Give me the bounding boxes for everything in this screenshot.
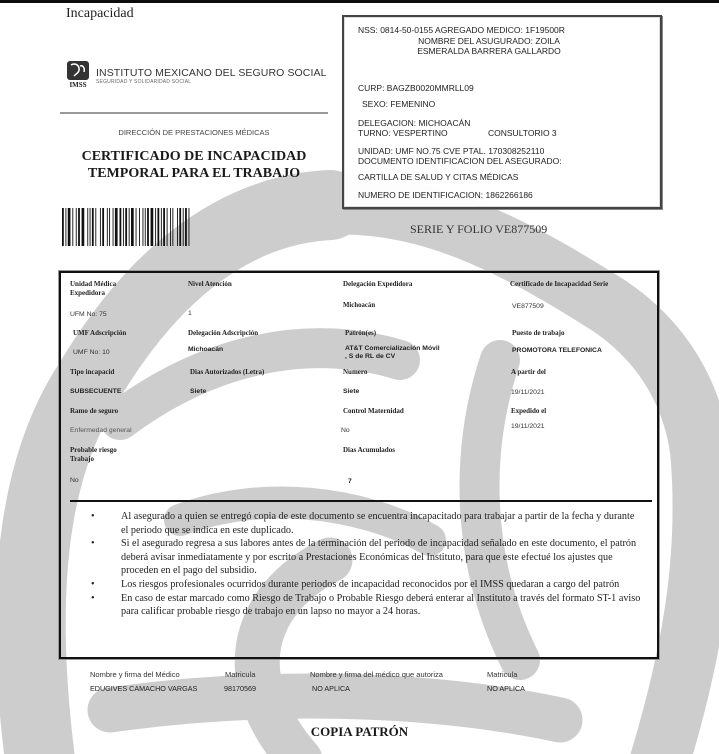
certificate-title-line2: TEMPORAL PARA EL TRABAJO	[60, 165, 328, 182]
tipo-incapacidad-value: SUBSECUENTE	[70, 388, 121, 396]
svg-text:IMSS: IMSS	[69, 81, 86, 88]
copia-patron-label: COPIA PATRÓN	[0, 724, 719, 740]
matricula1-label: Matricula	[225, 670, 255, 679]
delegacion-expedidora-value: Michoacán	[343, 302, 375, 310]
sexo: SEXO: FEMENINO	[362, 99, 435, 109]
expedido-value: 19/11/2021	[511, 423, 545, 431]
note-item: Si el asegurado regresa a sus labores an…	[83, 537, 643, 578]
delegacion-expedidora-label: Delegación Expedidora	[343, 280, 412, 289]
dias-letra-value: Siete	[190, 388, 206, 396]
barcode-icon	[62, 208, 247, 246]
note-item: Al asegurado a quien se entregó copia de…	[83, 510, 643, 537]
grid-divider	[70, 500, 652, 502]
turno: TURNO: VESPERTINO	[358, 128, 448, 138]
direccion-label: DIRECCIÓN DE PRESTACIONES MÉDICAS	[60, 128, 328, 137]
note-item: En caso de estar marcado como Riesgo de …	[83, 592, 643, 619]
ramo-seguro-value: Enfermedad general	[70, 427, 132, 435]
medico-value: EDUGIVES CAMACHO VARGAS	[90, 684, 197, 693]
control-maternidad-value: No	[341, 427, 350, 435]
consultorio: CONSULTORIO 3	[488, 128, 557, 138]
delegacion-adscripcion-label: Delegación Adscripción	[188, 329, 258, 338]
matricula1-value: 98170569	[224, 684, 256, 693]
dias-acumulados-label: Dias Acumulados	[343, 446, 395, 455]
umf-adscripcion-label: UMF Adscripción	[73, 329, 126, 338]
nivel-atencion-value: 1	[188, 310, 192, 318]
riesgo-trabajo-value: No	[70, 477, 79, 485]
cert-serie-label: Certificado de Incapacidad Serie	[510, 280, 608, 289]
nss-line: NSS: 0814-50-0155 AGREGADO MEDICO: 1F195…	[358, 25, 565, 35]
note-item: Los riesgos profesionales ocurridos dura…	[83, 578, 643, 592]
patron-value-line1: AT&T Comercialización Móvil	[345, 345, 440, 353]
curp: CURP: BAGZB0020MMRLL09	[358, 83, 474, 93]
documento-label: DOCUMENTO IDENTIFICACION DEL ASEGURADO:	[358, 156, 562, 166]
certificate-title: CERTIFICADO DE INCAPACIDAD TEMPORAL PARA…	[60, 148, 328, 182]
cert-serie-value: VE877509	[512, 303, 544, 311]
expedido-label: Expedido el	[511, 407, 546, 416]
autoriza-label: Nombre y firma del médico que autoriza	[310, 670, 443, 679]
medico-label: Nombre y firma del Médico	[90, 670, 180, 679]
dias-letra-label: Dias Autorizados (Letra)	[190, 368, 264, 377]
umf-adscripcion-value: UMF No: 10	[73, 349, 110, 357]
document-title: Incapacidad	[66, 6, 134, 22]
dias-acumulados-value: 7	[348, 478, 352, 486]
unidad-medica-value: UFM No: 75	[70, 311, 107, 319]
matricula2-value: NO APLICA	[487, 684, 525, 693]
delegacion-adscripcion-value: Michoacán	[188, 346, 223, 354]
insured-name-line2: ESMERALDA BARRERA GALLARDO	[364, 46, 614, 56]
institution-motto: SEGURIDAD Y SOLIDARIDAD SOCIAL	[96, 79, 191, 85]
numero-value: Siete	[343, 388, 359, 396]
unidad: UNIDAD: UMF NO.75 CVE PTAL. 170308252110	[358, 146, 544, 156]
unidad-medica-label: Unidad Médica Expedidora	[70, 280, 150, 298]
notes-list: Al asegurado a quien se entregó copia de…	[83, 510, 643, 619]
institution-name: INSTITUTO MEXICANO DEL SEGURO SOCIAL	[96, 67, 327, 79]
certificate-data-grid: Unidad Médica Expedidora UFM No: 75 Nive…	[59, 271, 659, 659]
delegacion: DELEGACION: MICHOACÁN	[358, 118, 470, 128]
nivel-atencion-label: Nivel Atención	[188, 280, 232, 289]
a-partir-value: 19/11/2021	[511, 389, 545, 397]
riesgo-trabajo-label: Probable riesgo Trabajo	[70, 446, 117, 464]
autoriza-value: NO APLICA	[312, 684, 350, 693]
patron-label: Patrón(es)	[345, 329, 376, 338]
puesto-label: Puesto de trabajo	[512, 329, 565, 338]
patron-value-line2: , S de RL de CV	[345, 353, 395, 361]
imss-logo-icon: IMSS	[66, 60, 90, 88]
puesto-value: PROMOTORA TELEFONICA	[512, 347, 602, 355]
riesgo-trabajo-label-line2: Trabajo	[70, 455, 117, 464]
matricula2-label: Matricula	[487, 670, 517, 679]
serie-folio: SERIE Y FOLIO VE877509	[410, 222, 547, 237]
insured-info-box: NSS: 0814-50-0155 AGREGADO MEDICO: 1F195…	[342, 15, 662, 209]
documento-value: CARTILLA DE SALUD Y CITAS MÉDICAS	[358, 172, 518, 182]
riesgo-trabajo-label-line1: Probable riesgo	[70, 446, 117, 455]
certificate-title-line1: CERTIFICADO DE INCAPACIDAD	[60, 148, 328, 165]
a-partir-label: A partir del	[511, 368, 546, 377]
ramo-seguro-label: Ramo de seguro	[70, 407, 118, 416]
tipo-incapacidad-label: Tipo incapacid	[70, 368, 114, 377]
numero-label: Numero	[343, 368, 367, 377]
insured-name-line1: NOMBRE DEL ASUGURADO: ZOILA	[364, 36, 614, 46]
control-maternidad-label: Control Maternidad	[343, 407, 404, 416]
numero-identificacion: NUMERO DE IDENTIFICACION: 1862266186	[358, 190, 533, 200]
header-divider	[60, 112, 328, 114]
